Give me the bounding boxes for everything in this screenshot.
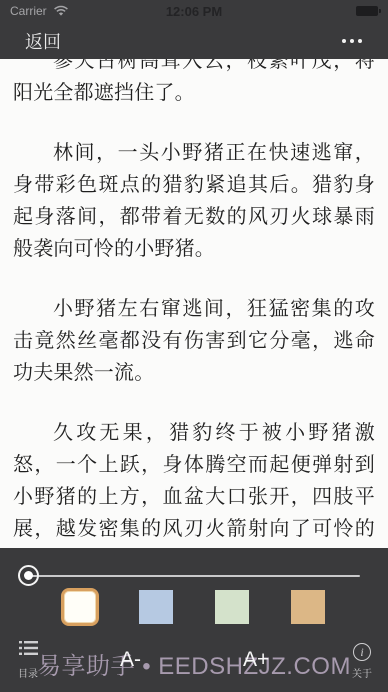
info-icon: i: [353, 643, 371, 661]
font-decrease-button[interactable]: A-: [120, 648, 141, 672]
toc-list-icon: [19, 640, 38, 661]
paragraph: 林间，一头小野猪正在快速逃窜，身带彩色斑点的猎豹紧追其后。猎豹身起身落间，都带着…: [13, 137, 375, 265]
slider-track[interactable]: [30, 575, 360, 577]
about-label: 关于: [352, 665, 372, 680]
more-options-icon[interactable]: [340, 33, 364, 49]
theme-swatch-tan[interactable]: [291, 590, 325, 624]
brightness-slider[interactable]: [0, 562, 388, 588]
theme-swatch-green[interactable]: [215, 590, 249, 624]
theme-swatch-row: [0, 590, 388, 624]
paragraph: 参天古树高耸入云，枝繁叶茂，将阳光全都遮挡住了。: [13, 59, 375, 109]
bottom-toolbar: 目录 A- A+ i 关于: [0, 636, 388, 692]
status-bar: Carrier 12:06 PM: [0, 0, 388, 22]
status-time: 12:06 PM: [0, 4, 388, 19]
battery-icon: [356, 6, 378, 16]
nav-bar: 返回: [0, 22, 388, 59]
reader-settings-panel: 目录 A- A+ i 关于 易享助手 • EEDSHZJZ.COM: [0, 548, 388, 692]
back-button[interactable]: 返回: [25, 28, 61, 54]
paragraph: 小野猪左右窜逃间，狂猛密集的攻击竟然丝毫都没有伤害到它分毫，逃命功夫果然一流。: [13, 293, 375, 389]
theme-swatch-blue[interactable]: [139, 590, 173, 624]
about-button[interactable]: i 关于: [352, 643, 372, 680]
theme-swatch-white[interactable]: [61, 588, 99, 626]
slider-thumb[interactable]: [18, 565, 39, 586]
reader-text-area[interactable]: 参天古树高耸入云，枝繁叶茂，将阳光全都遮挡住了。 林间，一头小野猪正在快速逃窜，…: [0, 59, 388, 548]
toc-button[interactable]: 目录: [18, 640, 38, 680]
paragraph: 久攻无果，猎豹终于被小野猪激怒，一个上跃，身体腾空而起便弹射到小野猪的上方，血盆…: [13, 417, 375, 548]
reader-app-screen: Carrier 12:06 PM 返回 参天古树高耸入云，枝繁叶茂，将阳光全都遮…: [0, 0, 388, 692]
toc-label: 目录: [18, 665, 38, 680]
font-increase-button[interactable]: A+: [243, 648, 269, 672]
